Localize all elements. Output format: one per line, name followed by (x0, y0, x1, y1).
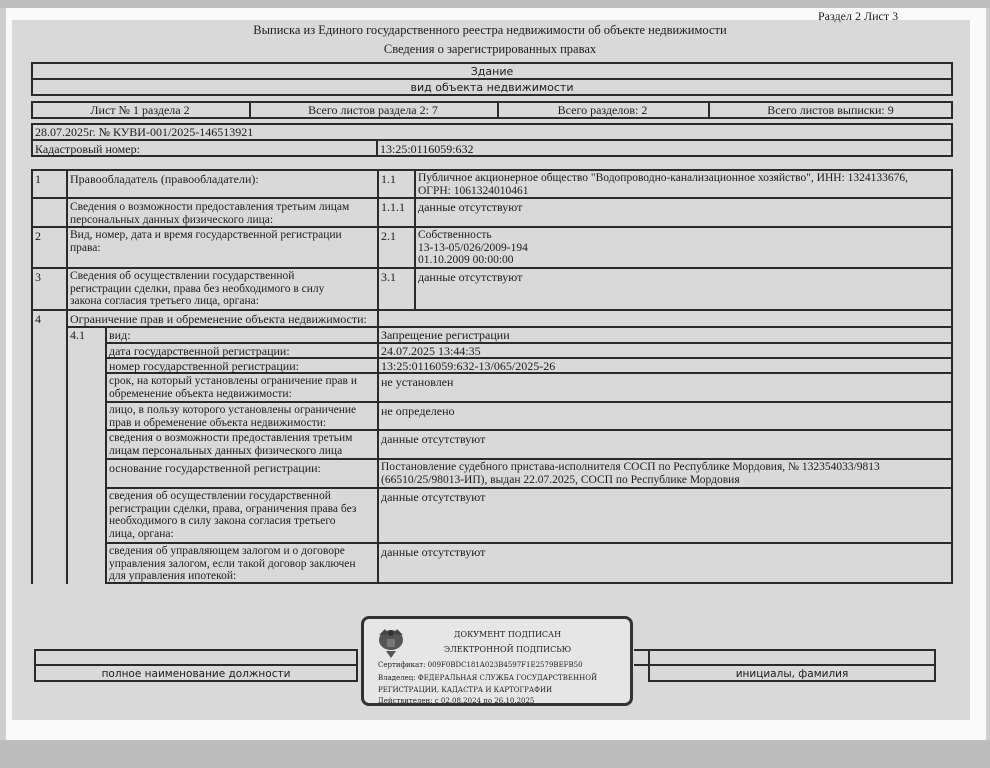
document-title: Выписка из Единого государственного реес… (230, 24, 750, 36)
rights-holder: Публичное акционерное общество "Водопров… (418, 172, 950, 197)
total-sheets-extract: Всего листов выписки: 9 (708, 104, 953, 116)
label-line: сведения об управляющем залогом и о дого… (109, 545, 377, 558)
enc-type-label: вид: (109, 329, 131, 341)
stamp-owner-2: РЕГИСТРАЦИИ, КАДАСТРА И КАРТОГРАФИИ (378, 686, 552, 694)
label-line: сведения о возможности предоставления тр… (109, 432, 377, 445)
row-2-number: 2 (35, 230, 41, 242)
row-111-label: Сведения о возможности предоставления тр… (70, 201, 376, 226)
label-line: права: (70, 242, 376, 255)
coat-of-arms-icon (376, 625, 406, 659)
label-line: сведения об осуществлении государственно… (109, 490, 377, 503)
enc-pledge-manager-value: данные отсутствуют (381, 546, 485, 558)
label-line: Сведения об осуществлении государственно… (70, 270, 376, 283)
label-line: необходимого в силу закона согласия трет… (109, 515, 377, 528)
enc-pledge-manager-label: сведения об управляющем залогом и о дого… (109, 545, 377, 583)
page-marker: Раздел 2 Лист 3 (818, 10, 898, 22)
registration-number: 13-13-05/026/2009-194 (418, 242, 950, 255)
label-line: прав и обременение объекта недвижимости: (109, 417, 377, 430)
enc-consent-label: сведения об осуществлении государственно… (109, 490, 377, 540)
electronic-signature-stamp: ДОКУМЕНТ ПОДПИСАН ЭЛЕКТРОННОЙ ПОДПИСЬЮ С… (361, 616, 633, 706)
total-sections: Всего разделов: 2 (497, 104, 708, 116)
document-subtitle: Сведения о зарегистрированных правах (330, 43, 650, 55)
scanner-bottom-edge (0, 740, 990, 768)
row-3-number: 3 (35, 271, 41, 283)
position-caption: полное наименование должности (34, 668, 358, 680)
label-line: срок, на который установлены ограничение… (109, 375, 377, 388)
enc-beneficiary-value: не определено (381, 405, 455, 417)
enc-date-value: 24.07.2025 13:44:35 (381, 345, 481, 357)
row-111-subnum: 1.1.1 (381, 201, 405, 213)
enc-beneficiary-label: лицо, в пользу которого установлены огра… (109, 404, 377, 429)
stamp-owner: Владелец: ФЕДЕРАЛЬНАЯ СЛУЖБА ГОСУДАРСТВЕ… (378, 674, 597, 682)
label-line: регистрации сделки, права, ограничения п… (109, 503, 377, 516)
label-line: лицо, в пользу которого установлены огра… (109, 404, 377, 417)
name-caption: инициалы, фамилия (648, 668, 936, 680)
row-1-label: Правообладатель (правообладатели): (70, 173, 259, 185)
scanner-top-edge (0, 0, 990, 8)
row-41-subnum: 4.1 (70, 329, 85, 341)
label-line: обременение объекта недвижимости: (109, 388, 377, 401)
label-line: персональных данных физического лица: (70, 214, 376, 227)
stamp-validity: Действителен: с 02.08.2024 по 26.10.2025 (378, 697, 534, 705)
basis-line: (66510/25/98013-ИП), выдан 22.07.2025, С… (381, 474, 951, 487)
label-line: лица, органа: (109, 528, 377, 541)
object-type: Здание (31, 66, 953, 78)
extract-date-number: 28.07.2025г. № КУВИ-001/2025-146513921 (35, 126, 253, 138)
enc-date-label: дата государственной регистрации: (109, 345, 290, 357)
label-line: Вид, номер, дата и время государственной… (70, 229, 376, 242)
row-1-subnum: 1.1 (381, 173, 396, 185)
enc-consent-value: данные отсутствуют (381, 491, 485, 503)
rights-holder-line: ОГРН: 1061324010461 (418, 185, 950, 198)
enc-term-label: срок, на который установлены ограничение… (109, 375, 377, 400)
enc-personal-data-label: сведения о возможности предоставления тр… (109, 432, 377, 457)
row-3-value: данные отсутствуют (418, 271, 522, 283)
stamp-line-1: ДОКУМЕНТ ПОДПИСАН (454, 631, 561, 639)
row-1-number: 1 (35, 173, 41, 185)
row-4-number: 4 (35, 313, 41, 325)
rights-holder-line: Публичное акционерное общество "Водопров… (418, 172, 950, 185)
basis-line: Постановление судебного пристава-исполни… (381, 461, 951, 474)
label-line: управления залогом, если такой договор з… (109, 558, 377, 571)
label-line: закона согласия третьего лица, органа: (70, 295, 376, 308)
ownership-registration: Собственность 13-13-05/026/2009-194 01.1… (418, 229, 950, 267)
label-line: Сведения о возможности предоставления тр… (70, 201, 376, 214)
registration-date: 01.10.2009 00:00:00 (418, 254, 950, 267)
label-line: лицам персональных данных физического ли… (109, 445, 377, 458)
row-2-subnum: 2.1 (381, 230, 396, 242)
stamp-line-2: ЭЛЕКТРОННОЙ ПОДПИСЬЮ (444, 646, 571, 654)
enc-basis-value: Постановление судебного пристава-исполни… (381, 461, 951, 486)
row-4-label: Ограничение прав и обременение объекта н… (70, 313, 367, 325)
cadastral-label: Кадастровый номер: (35, 143, 140, 155)
row-3-label: Сведения об осуществлении государственно… (70, 270, 376, 308)
row-2-label: Вид, номер, дата и время государственной… (70, 229, 376, 254)
object-type-caption: вид объекта недвижимости (31, 82, 953, 94)
right-type: Собственность (418, 229, 950, 242)
label-line: для управления ипотекой: (109, 570, 377, 583)
sheet-number: Лист № 1 раздела 2 (31, 104, 249, 116)
stamp-certificate: Сертификат: 009F0BDC181A023B4597F1E2579B… (378, 661, 583, 669)
enc-personal-data-value: данные отсутствуют (381, 433, 485, 445)
enc-number-value: 13:25:0116059:632-13/065/2025-26 (381, 360, 555, 372)
row-111-value: данные отсутствуют (418, 201, 522, 213)
row-3-subnum: 3.1 (381, 271, 396, 283)
cadastral-number: 13:25:0116059:632 (380, 143, 474, 155)
total-sheets-section: Всего листов раздела 2: 7 (249, 104, 497, 116)
enc-basis-label: основание государственной регистрации: (109, 462, 321, 474)
label-line: регистрации сделки, права без необходимо… (70, 283, 376, 296)
enc-number-label: номер государственной регистрации: (109, 360, 299, 372)
enc-term-value: не установлен (381, 376, 453, 388)
enc-type-value: Запрещение регистрации (381, 329, 510, 341)
